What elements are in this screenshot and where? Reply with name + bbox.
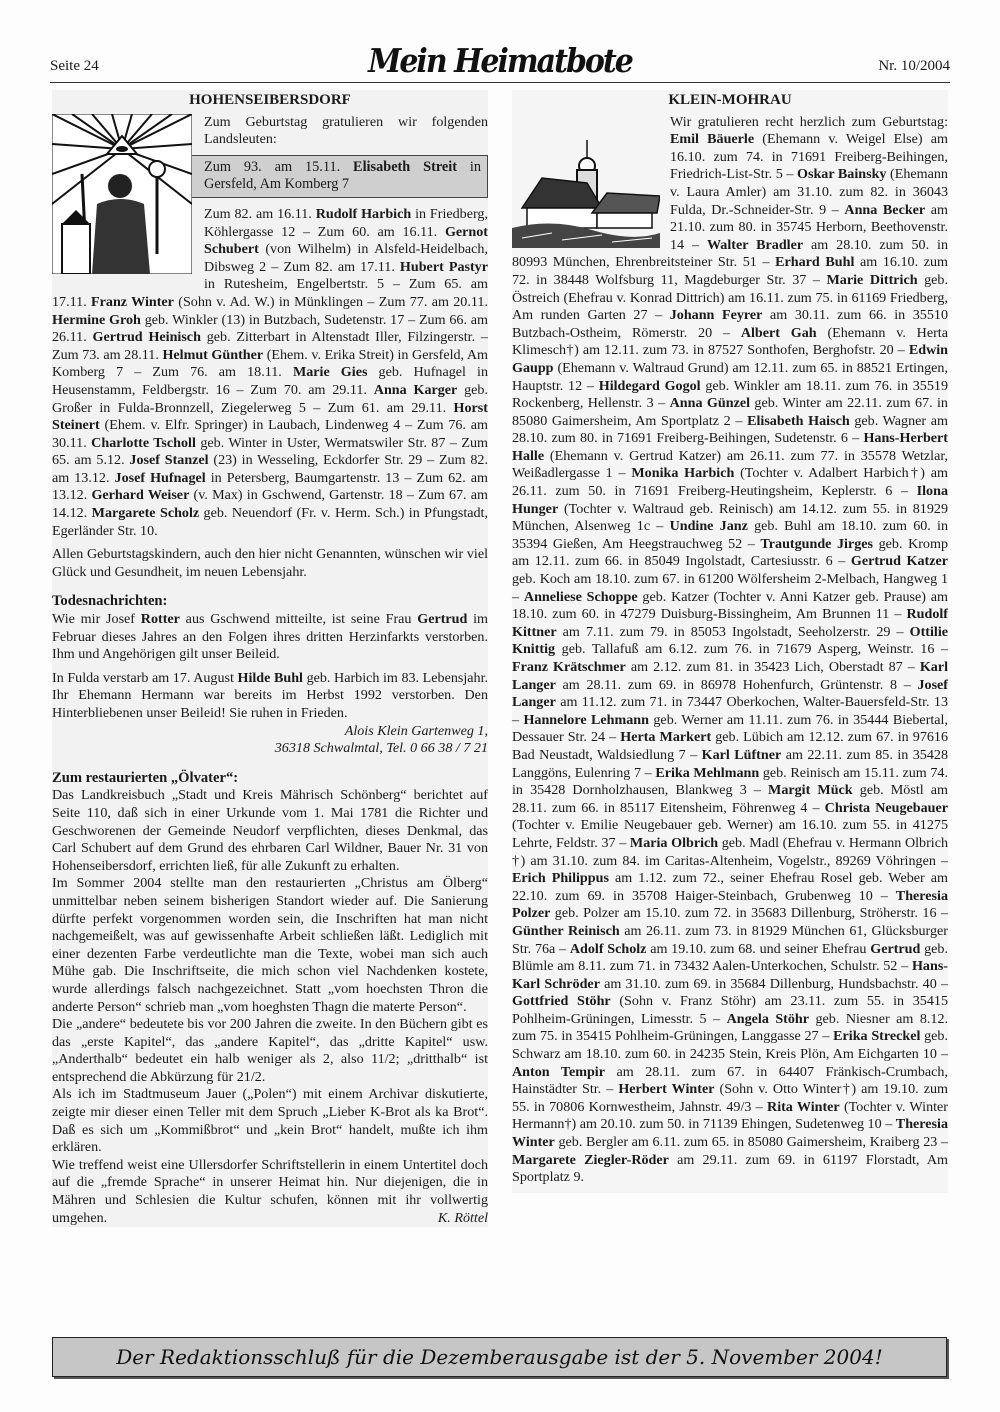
page-header: Seite 24 Mein Heimatbote Nr. 10/2004 xyxy=(50,40,950,83)
article-heading: Zum restaurierten „Ölvater“: xyxy=(52,770,488,788)
village-church-illustration-icon xyxy=(512,138,660,248)
issue-number: Nr. 10/2004 xyxy=(878,58,950,75)
birthday-intro: Wir gratulieren recht herzlich zum Gebur… xyxy=(670,114,948,130)
person-name: Marie Gies xyxy=(293,364,368,380)
deaths-signature-line2: 36318 Schwalmtal, Tel. 0 66 38 / 7 21 xyxy=(52,740,488,758)
person-name: Helmut Günther xyxy=(162,347,263,363)
person-name: Rudolf Harbich xyxy=(316,206,412,222)
column-hohenseibersdorf: HOHENSEIBERSDORF Zum Geburtstag g xyxy=(52,90,488,1227)
person-name: Gertrud Heinisch xyxy=(93,329,201,345)
person-name: Franz Winter xyxy=(91,294,174,310)
woodcut-saint-illustration-icon xyxy=(52,114,192,274)
person-name: Anna Karger xyxy=(374,382,458,398)
article-paragraph: Im Sommer 2004 stellte man den restaurie… xyxy=(52,875,488,1016)
person-name: Margarete Scholz xyxy=(92,505,199,521)
article-paragraph: Als ich im Stadtmuseum Jauer („Polen“) m… xyxy=(52,1086,488,1156)
article-paragraph: Die „andere“ bedeutete bis vor 200 Jahre… xyxy=(52,1016,488,1086)
person-name: Hermine Groh xyxy=(52,312,141,328)
person-name: Gerhard Weiser xyxy=(91,487,189,503)
person-name: Josef Hufnagel xyxy=(115,470,206,486)
birthday-closing: Allen Geburtstagskindern, auch den hier … xyxy=(52,546,488,581)
article-paragraph: Wie treffend weist eine Ullersdorfer Sch… xyxy=(52,1157,488,1227)
death-notice-1: Wie mir Josef Rotter aus Gschwend mittei… xyxy=(52,611,488,664)
birthday-list-klein-mohrau: Wir gratulieren recht herzlich zum Gebur… xyxy=(512,114,948,1187)
highlight-text: Zum 93. am 15.11. xyxy=(204,159,353,175)
page-number: Seite 24 xyxy=(50,58,99,75)
column-klein-mohrau: KLEIN-MOHRAU Wir gratulieren recht herzl… xyxy=(512,90,948,1193)
highlight-name: Elisabeth Streit xyxy=(353,159,457,175)
person-name: Hubert Pastyr xyxy=(400,259,488,275)
deaths-signature-line1: Alois Klein Gartenweg 1, xyxy=(52,723,488,741)
section-title-hohenseibersdorf: HOHENSEIBERSDORF xyxy=(52,92,488,110)
deadline-banner: Der Redaktionsschluß für die Dezemberaus… xyxy=(52,1337,947,1377)
person-name: Josef Stanzel xyxy=(129,452,208,468)
person-name: Charlotte Tscholl xyxy=(91,435,196,451)
deaths-heading: Todesnachrichten: xyxy=(52,593,488,611)
article-paragraph: Das Landkreisbuch „Stadt und Kreis Mähri… xyxy=(52,787,488,875)
article-signature: K. Röttel xyxy=(438,1210,488,1228)
section-title-klein-mohrau: KLEIN-MOHRAU xyxy=(512,92,948,110)
newspaper-logo: Mein Heimatbote xyxy=(368,42,632,81)
death-notice-2: In Fulda verstarb am 17. August Hilde Bu… xyxy=(52,670,488,723)
